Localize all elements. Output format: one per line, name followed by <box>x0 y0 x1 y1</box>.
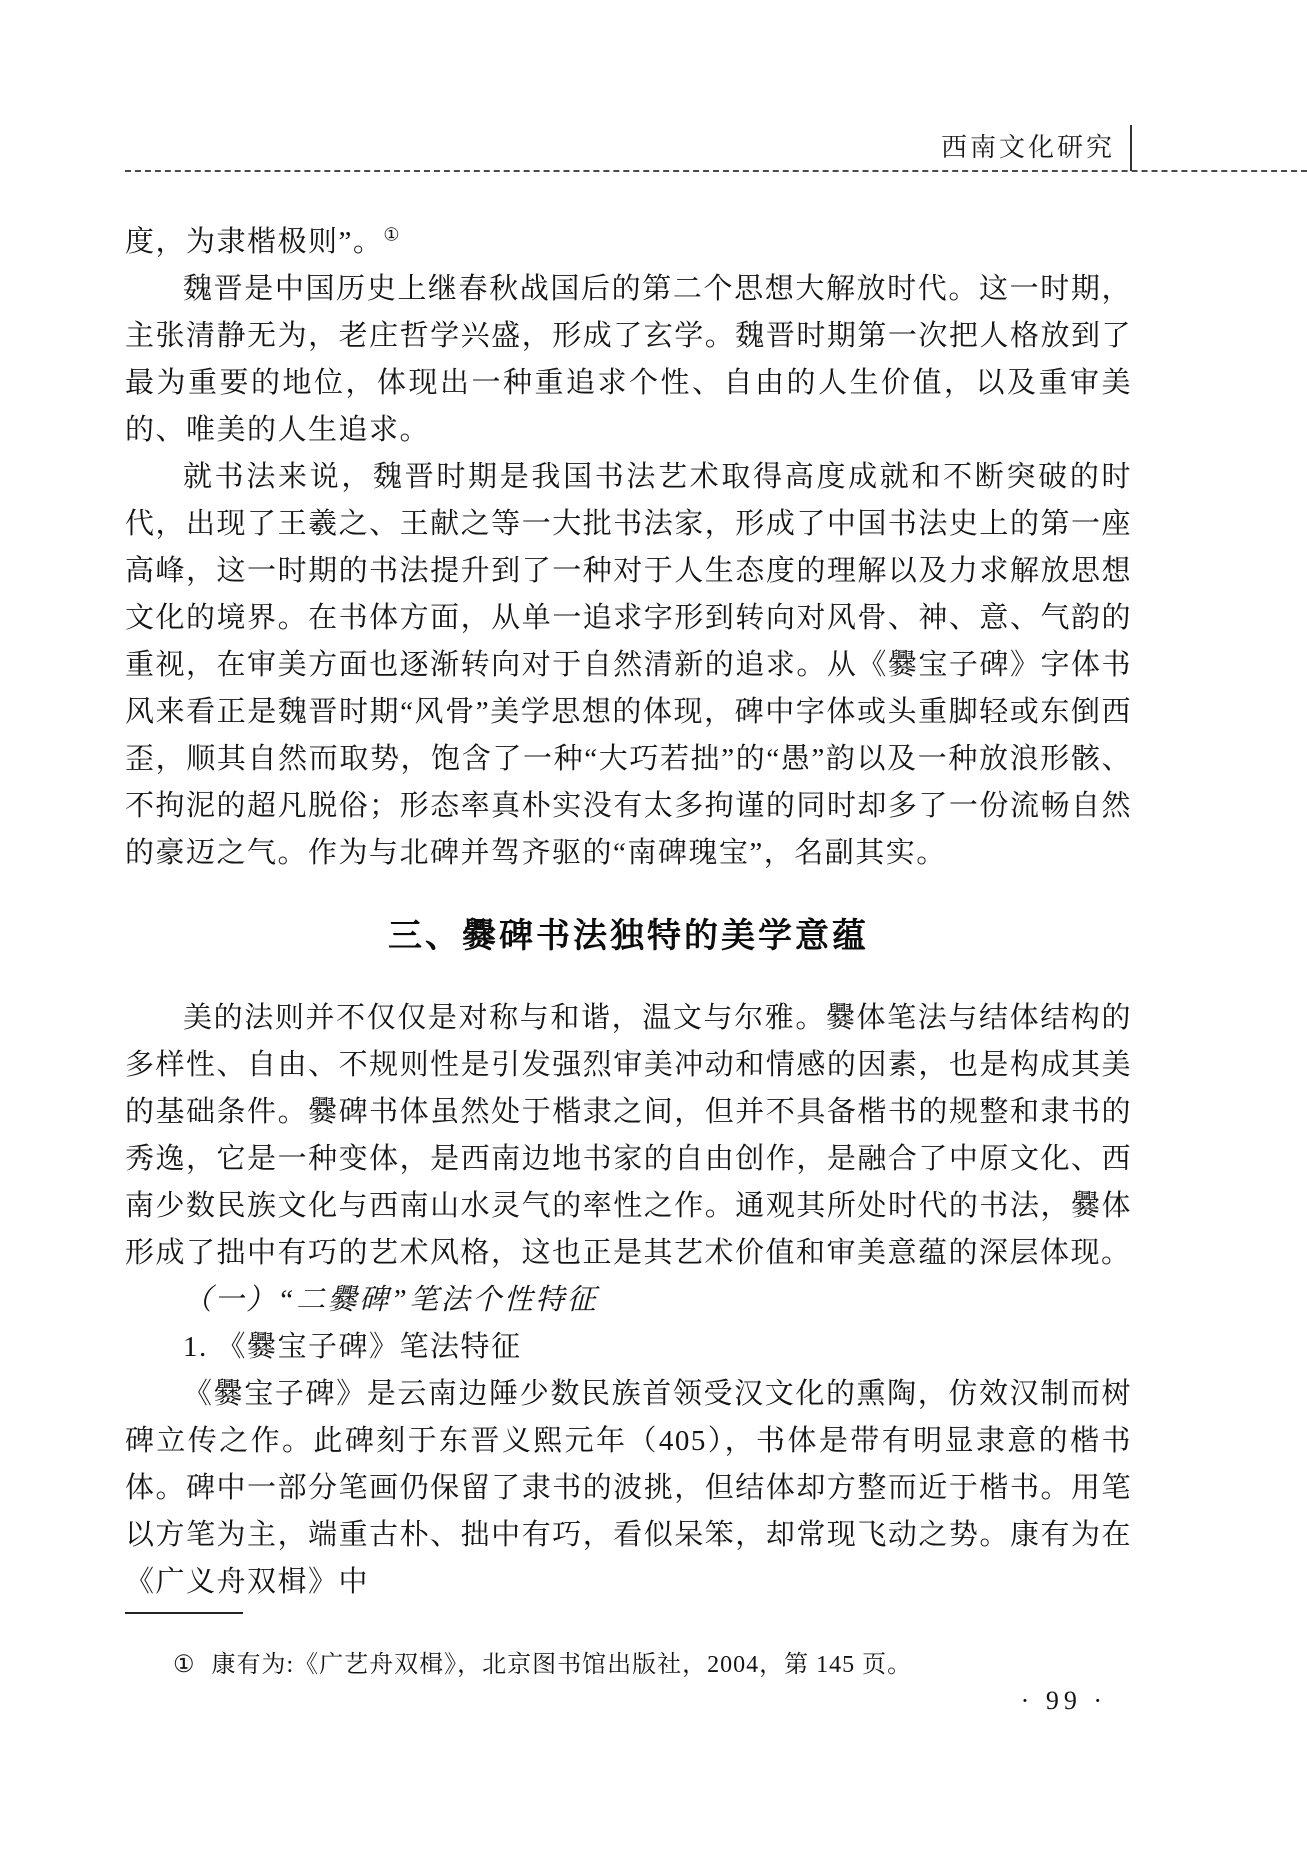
paragraph-shufa: 就书法来说，魏晋时期是我国书法艺术取得高度成就和不断突破的时代，出现了王羲之、王… <box>125 454 1132 877</box>
footnote-text: 康有为:《广艺舟双楫》，北京图书馆出版社，2004，第 145 页。 <box>212 1652 913 1678</box>
running-head-vertical-rule <box>1130 125 1132 171</box>
article-body: 度，为隶楷极则”。① 魏晋是中国历史上继春秋战国后的第二个思想大解放时代。这一时… <box>125 219 1132 1606</box>
header-dashed-rule <box>125 170 1307 172</box>
subsection-heading: （一）“二爨碑”笔法个性特征 <box>125 1277 1132 1324</box>
paragraph-weijin: 魏晋是中国历史上继春秋战国后的第二个思想大解放时代。这一时期，主张清静无为，老庄… <box>125 266 1132 454</box>
book-page: 西南文化研究 度，为隶楷极则”。① 魏晋是中国历史上继春秋战国后的第二个思想大解… <box>0 0 1307 1859</box>
footnote-reference-1: ① <box>383 224 401 244</box>
paragraph-cuanbaozi: 《爨宝子碑》是云南边陲少数民族首领受汉文化的熏陶，仿效汉制而树碑立传之作。此碑刻… <box>125 1371 1132 1606</box>
page-number: · 99 · <box>1021 1686 1107 1716</box>
footnote: ①康有为:《广艺舟双楫》，北京图书馆出版社，2004，第 145 页。 <box>173 1648 1133 1682</box>
section-heading: 三、爨碑书法独特的美学意蕴 <box>125 911 1132 961</box>
numbered-heading: 1. 《爨宝子碑》笔法特征 <box>125 1324 1132 1371</box>
paragraph-continuation: 度，为隶楷极则”。① <box>125 219 1132 266</box>
footnote-marker: ① <box>173 1652 196 1678</box>
running-head-journal-title: 西南文化研究 <box>941 127 1115 164</box>
continuation-text: 度，为隶楷极则”。 <box>125 226 383 258</box>
footnote-separator-rule <box>125 1612 243 1614</box>
paragraph-meide: 美的法则并不仅仅是对称与和谐，温文与尔雅。爨体笔法与结体结构的多样性、自由、不规… <box>125 995 1132 1277</box>
